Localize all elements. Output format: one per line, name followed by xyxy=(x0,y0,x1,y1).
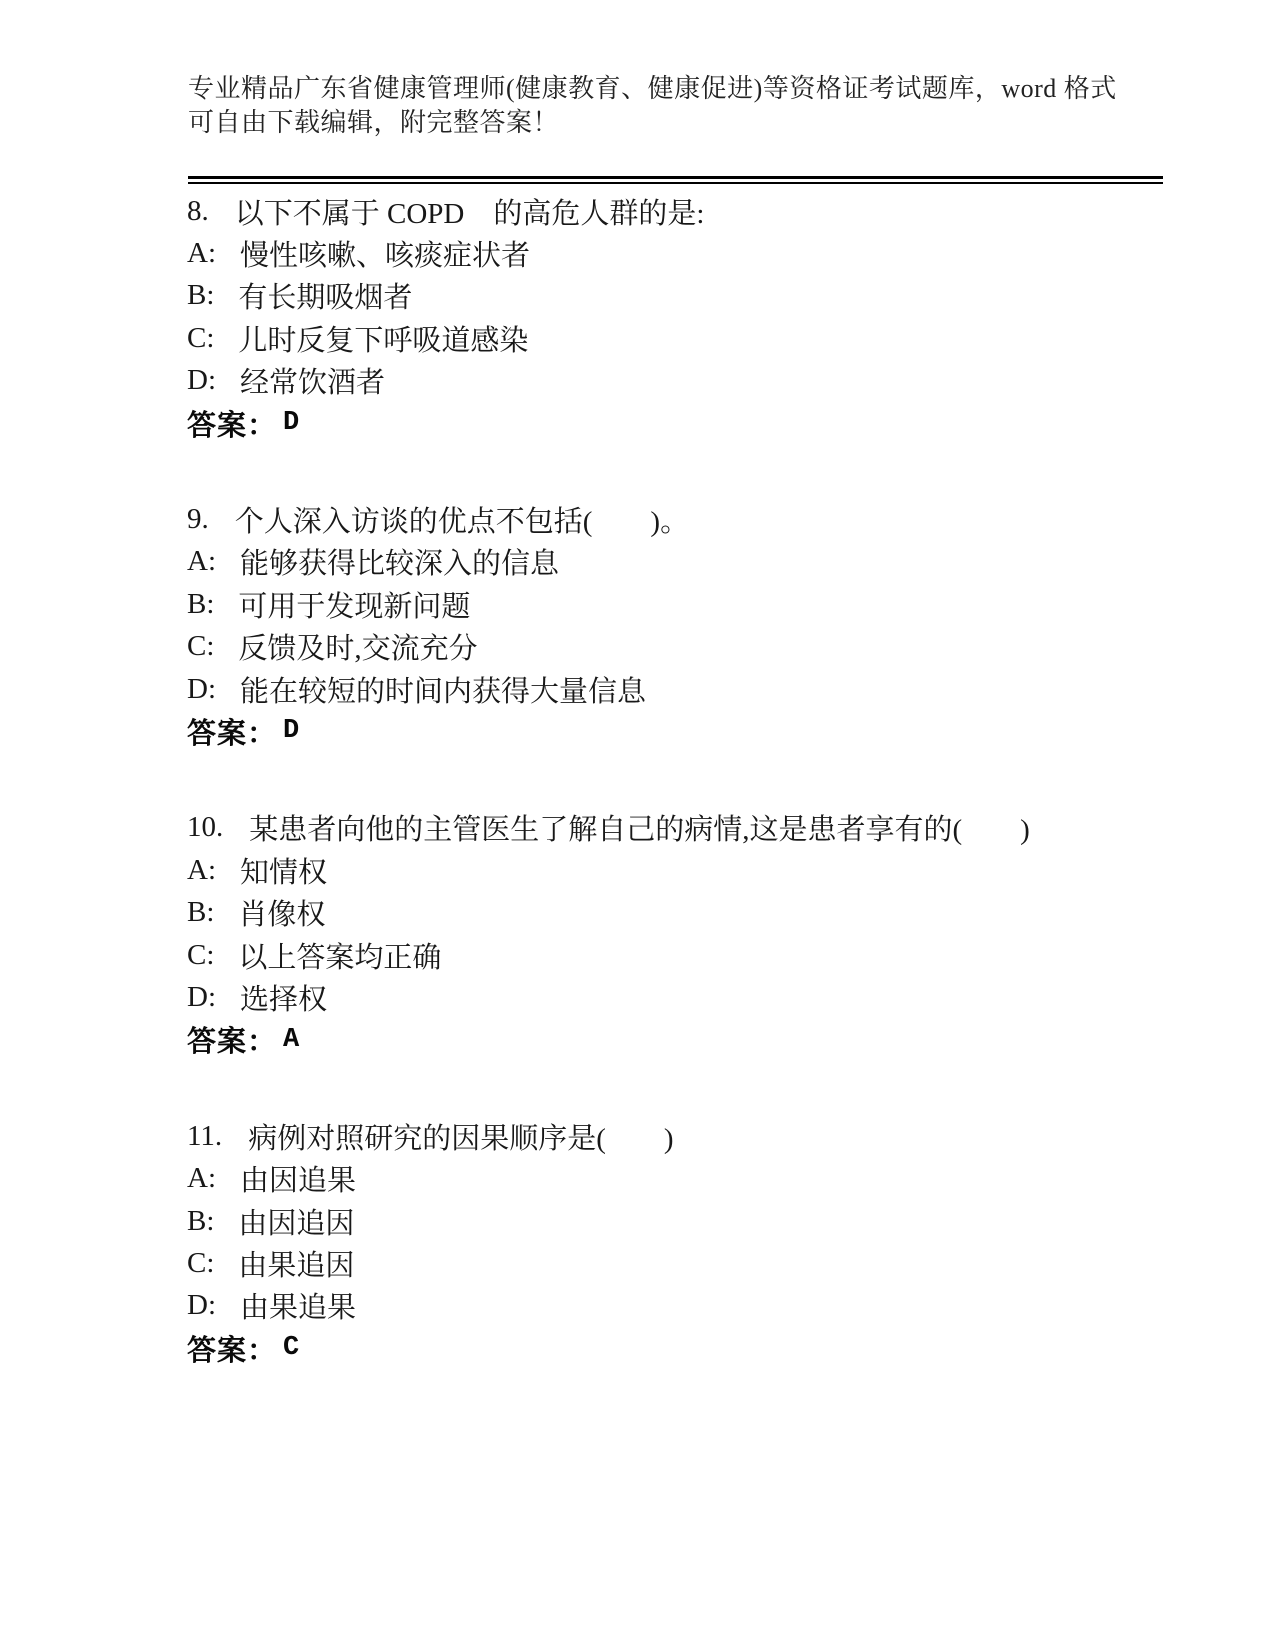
option-label: A: xyxy=(187,545,216,578)
option-row: B: 有长期吸烟者 xyxy=(187,275,1197,317)
divider-thin-line xyxy=(188,182,1163,184)
option-label: D: xyxy=(187,364,216,397)
option-row: D: 经常饮酒者 xyxy=(187,360,1197,402)
option-label: D: xyxy=(187,673,216,706)
question-number: 9. xyxy=(187,503,209,536)
answer-label: 答案： xyxy=(187,711,277,752)
option-text: 经常饮酒者 xyxy=(240,360,385,401)
option-label: A: xyxy=(187,1162,216,1195)
option-label: B: xyxy=(187,1205,214,1238)
option-text: 能够获得比较深入的信息 xyxy=(240,541,559,582)
option-label: A: xyxy=(187,854,216,887)
option-row: C: 儿时反复下呼吸道感染 xyxy=(187,317,1197,359)
questions-area: 8. 以下不属于 COPD 的高危人群的是: A: 慢性咳嗽、咳痰症状者 B: … xyxy=(187,190,1197,1423)
option-row: A: 慢性咳嗽、咳痰症状者 xyxy=(187,232,1197,274)
question-block-9: 9. 个人深入访谈的优点不包括( )。 A: 能够获得比较深入的信息 B: 可用… xyxy=(187,498,1197,752)
option-label: C: xyxy=(187,1247,214,1280)
option-text: 以上答案均正确 xyxy=(238,935,441,976)
option-row: A: 由因追果 xyxy=(187,1157,1197,1199)
option-label: B: xyxy=(187,588,214,621)
option-text: 选择权 xyxy=(240,977,327,1018)
option-label: C: xyxy=(187,630,214,663)
option-row: B: 可用于发现新问题 xyxy=(187,583,1197,625)
question-number: 11. xyxy=(187,1120,222,1153)
question-text: 9. 个人深入访谈的优点不包括( )。 xyxy=(187,498,1197,540)
option-text: 反馈及时,交流充分 xyxy=(238,626,477,667)
answer-label: 答案： xyxy=(187,1019,277,1060)
answer-row: 答案： C xyxy=(187,1327,1197,1369)
answer-value: A xyxy=(283,1025,299,1055)
option-text: 由因追果 xyxy=(240,1158,356,1199)
question-number: 8. xyxy=(187,195,209,228)
answer-label: 答案： xyxy=(187,403,277,444)
document-page: 专业精品广东省健康管理师(健康教育、健康促进)等资格证考试题库，word 格式 … xyxy=(0,0,1275,1650)
option-label: A: xyxy=(187,237,216,270)
option-text: 知情权 xyxy=(240,850,327,891)
option-text: 由因追因 xyxy=(238,1201,354,1242)
option-row: B: 由因追因 xyxy=(187,1200,1197,1242)
answer-value: D xyxy=(283,716,299,746)
question-stem: 以下不属于 COPD 的高危人群的是: xyxy=(235,191,705,232)
option-label: C: xyxy=(187,322,214,355)
option-text: 由果追果 xyxy=(240,1285,356,1326)
option-row: D: 能在较短的时间内获得大量信息 xyxy=(187,668,1197,710)
question-block-11: 11. 病例对照研究的因果顺序是( ) A: 由因追果 B: 由因追因 C: 由… xyxy=(187,1115,1197,1369)
option-row: B: 肖像权 xyxy=(187,891,1197,933)
option-text: 肖像权 xyxy=(238,892,325,933)
answer-value: D xyxy=(283,408,299,438)
option-row: D: 由果追果 xyxy=(187,1285,1197,1327)
option-row: C: 由果追因 xyxy=(187,1242,1197,1284)
header-divider xyxy=(188,176,1163,184)
option-row: A: 能够获得比较深入的信息 xyxy=(187,541,1197,583)
question-stem: 个人深入访谈的优点不包括( )。 xyxy=(235,499,689,540)
answer-value: C xyxy=(283,1333,299,1363)
answer-row: 答案： D xyxy=(187,402,1197,444)
question-text: 11. 病例对照研究的因果顺序是( ) xyxy=(187,1115,1197,1157)
option-label: D: xyxy=(187,981,216,1014)
question-number: 10. xyxy=(187,811,223,844)
question-text: 8. 以下不属于 COPD 的高危人群的是: xyxy=(187,190,1197,232)
option-row: C: 反馈及时,交流充分 xyxy=(187,626,1197,668)
question-text: 10. 某患者向他的主管医生了解自己的病情,这是患者享有的( ) xyxy=(187,807,1197,849)
answer-row: 答案： A xyxy=(187,1019,1197,1061)
option-text: 由果追因 xyxy=(238,1243,354,1284)
option-text: 有长期吸烟者 xyxy=(238,275,412,316)
question-block-10: 10. 某患者向他的主管医生了解自己的病情,这是患者享有的( ) A: 知情权 … xyxy=(187,807,1197,1061)
document-header: 专业精品广东省健康管理师(健康教育、健康促进)等资格证考试题库，word 格式 … xyxy=(188,72,1168,140)
question-stem: 病例对照研究的因果顺序是( ) xyxy=(248,1116,673,1157)
option-row: A: 知情权 xyxy=(187,849,1197,891)
option-row: C: 以上答案均正确 xyxy=(187,934,1197,976)
question-block-8: 8. 以下不属于 COPD 的高危人群的是: A: 慢性咳嗽、咳痰症状者 B: … xyxy=(187,190,1197,444)
header-line-2: 可自由下载编辑，附完整答案！ xyxy=(188,106,1168,140)
option-label: C: xyxy=(187,939,214,972)
option-row: D: 选择权 xyxy=(187,976,1197,1018)
option-label: D: xyxy=(187,1289,216,1322)
option-label: B: xyxy=(187,279,214,312)
header-line-1: 专业精品广东省健康管理师(健康教育、健康促进)等资格证考试题库，word 格式 xyxy=(188,72,1168,106)
option-text: 可用于发现新问题 xyxy=(238,584,470,625)
answer-label: 答案： xyxy=(187,1328,277,1369)
question-stem: 某患者向他的主管医生了解自己的病情,这是患者享有的( ) xyxy=(249,807,1030,848)
option-label: B: xyxy=(187,896,214,929)
option-text: 儿时反复下呼吸道感染 xyxy=(238,318,528,359)
option-text: 慢性咳嗽、咳痰症状者 xyxy=(240,233,530,274)
answer-row: 答案： D xyxy=(187,710,1197,752)
option-text: 能在较短的时间内获得大量信息 xyxy=(240,669,646,710)
